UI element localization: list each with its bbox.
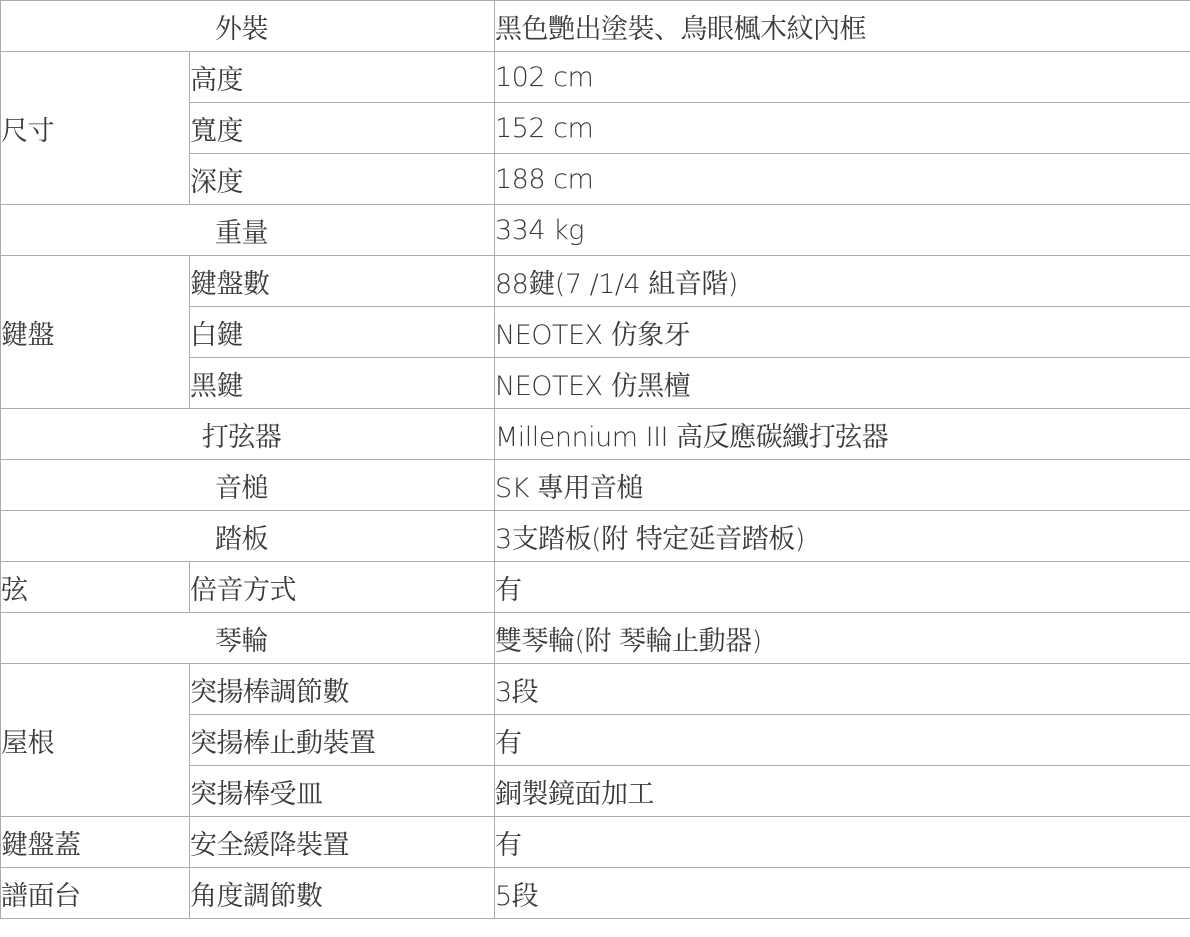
table-row-key-count: 鍵盤 鍵盤數 88鍵(7 /1/4 組音階) <box>1 256 1190 307</box>
spec-value: 88鍵(7 /1/4 組音階) <box>495 256 1190 307</box>
spec-sublabel: 突揚棒止動裝置 <box>190 715 495 766</box>
table-row-fallboard: 鍵盤蓋 安全緩降裝置 有 <box>1 817 1190 868</box>
spec-sublabel: 寬度 <box>190 103 495 154</box>
spec-group-music-desk: 譜面台 <box>1 868 190 919</box>
table-row-exterior: 外裝 黑色艷出塗裝、鳥眼楓木紋內框 <box>1 1 1190 52</box>
spec-group-lid: 屋根 <box>1 664 190 817</box>
spec-value: 有 <box>495 562 1190 613</box>
spec-value: 有 <box>495 715 1190 766</box>
spec-sublabel: 鍵盤數 <box>190 256 495 307</box>
table-row-pedals: 踏板 3支踏板(附 特定延音踏板) <box>1 511 1190 562</box>
spec-label-text: 踏板 <box>215 524 268 555</box>
spec-value: NEOTEX 仿黑檀 <box>495 358 1190 409</box>
spec-sublabel: 安全緩降裝置 <box>190 817 495 868</box>
spec-sublabel: 倍音方式 <box>190 562 495 613</box>
spec-value: 雙琴輪(附 琴輪止動器) <box>495 613 1190 664</box>
spec-value: 黑色艷出塗裝、鳥眼楓木紋內框 <box>495 1 1190 52</box>
spec-label: 琴輪 <box>1 613 495 664</box>
spec-value: NEOTEX 仿象牙 <box>495 307 1190 358</box>
spec-value: 3段 <box>495 664 1190 715</box>
table-row-action: 打弦器 Millennium III 高反應碳纖打弦器 <box>1 409 1190 460</box>
spec-value: 銅製鏡面加工 <box>495 766 1190 817</box>
table-row-music-desk: 譜面台 角度調節數 5段 <box>1 868 1190 919</box>
spec-value: 152 cm <box>495 103 1190 154</box>
spec-group-keyboard: 鍵盤 <box>1 256 190 409</box>
spec-value: Millennium III 高反應碳纖打弦器 <box>495 409 1190 460</box>
table-row-casters: 琴輪 雙琴輪(附 琴輪止動器) <box>1 613 1190 664</box>
spec-label: 重量 <box>1 205 495 256</box>
spec-label-text: 重量 <box>215 218 268 249</box>
spec-label-text: 打弦器 <box>202 422 282 453</box>
spec-value: 3支踏板(附 特定延音踏板) <box>495 511 1190 562</box>
spec-group-fallboard: 鍵盤蓋 <box>1 817 190 868</box>
spec-label-text: 外裝 <box>215 14 268 45</box>
spec-value: 188 cm <box>495 154 1190 205</box>
spec-label: 音槌 <box>1 460 495 511</box>
spec-group-strings: 弦 <box>1 562 190 613</box>
spec-value: 有 <box>495 817 1190 868</box>
spec-sublabel: 白鍵 <box>190 307 495 358</box>
table-row-prop-positions: 屋根 突揚棒調節數 3段 <box>1 664 1190 715</box>
spec-label-text: 琴輪 <box>215 626 268 657</box>
spec-value: 334 kg <box>495 205 1190 256</box>
spec-group-dimensions: 尺寸 <box>1 52 190 205</box>
spec-sublabel: 深度 <box>190 154 495 205</box>
spec-value: 5段 <box>495 868 1190 919</box>
spec-label: 打弦器 <box>1 409 495 460</box>
spec-sublabel: 角度調節數 <box>190 868 495 919</box>
table-row-strings: 弦 倍音方式 有 <box>1 562 1190 613</box>
spec-label-text: 音槌 <box>215 473 268 504</box>
table-row-weight: 重量 334 kg <box>1 205 1190 256</box>
table-row-hammers: 音槌 SK 專用音槌 <box>1 460 1190 511</box>
table-row-height: 尺寸 高度 102 cm <box>1 52 1190 103</box>
spec-value: SK 專用音槌 <box>495 460 1190 511</box>
spec-label: 踏板 <box>1 511 495 562</box>
spec-value: 102 cm <box>495 52 1190 103</box>
spec-sublabel: 黑鍵 <box>190 358 495 409</box>
spec-sublabel: 高度 <box>190 52 495 103</box>
piano-spec-table: 外裝 黑色艷出塗裝、鳥眼楓木紋內框 尺寸 高度 102 cm 寬度 152 cm… <box>0 0 1190 919</box>
spec-sublabel: 突揚棒受皿 <box>190 766 495 817</box>
spec-label: 外裝 <box>1 1 495 52</box>
spec-sublabel: 突揚棒調節數 <box>190 664 495 715</box>
